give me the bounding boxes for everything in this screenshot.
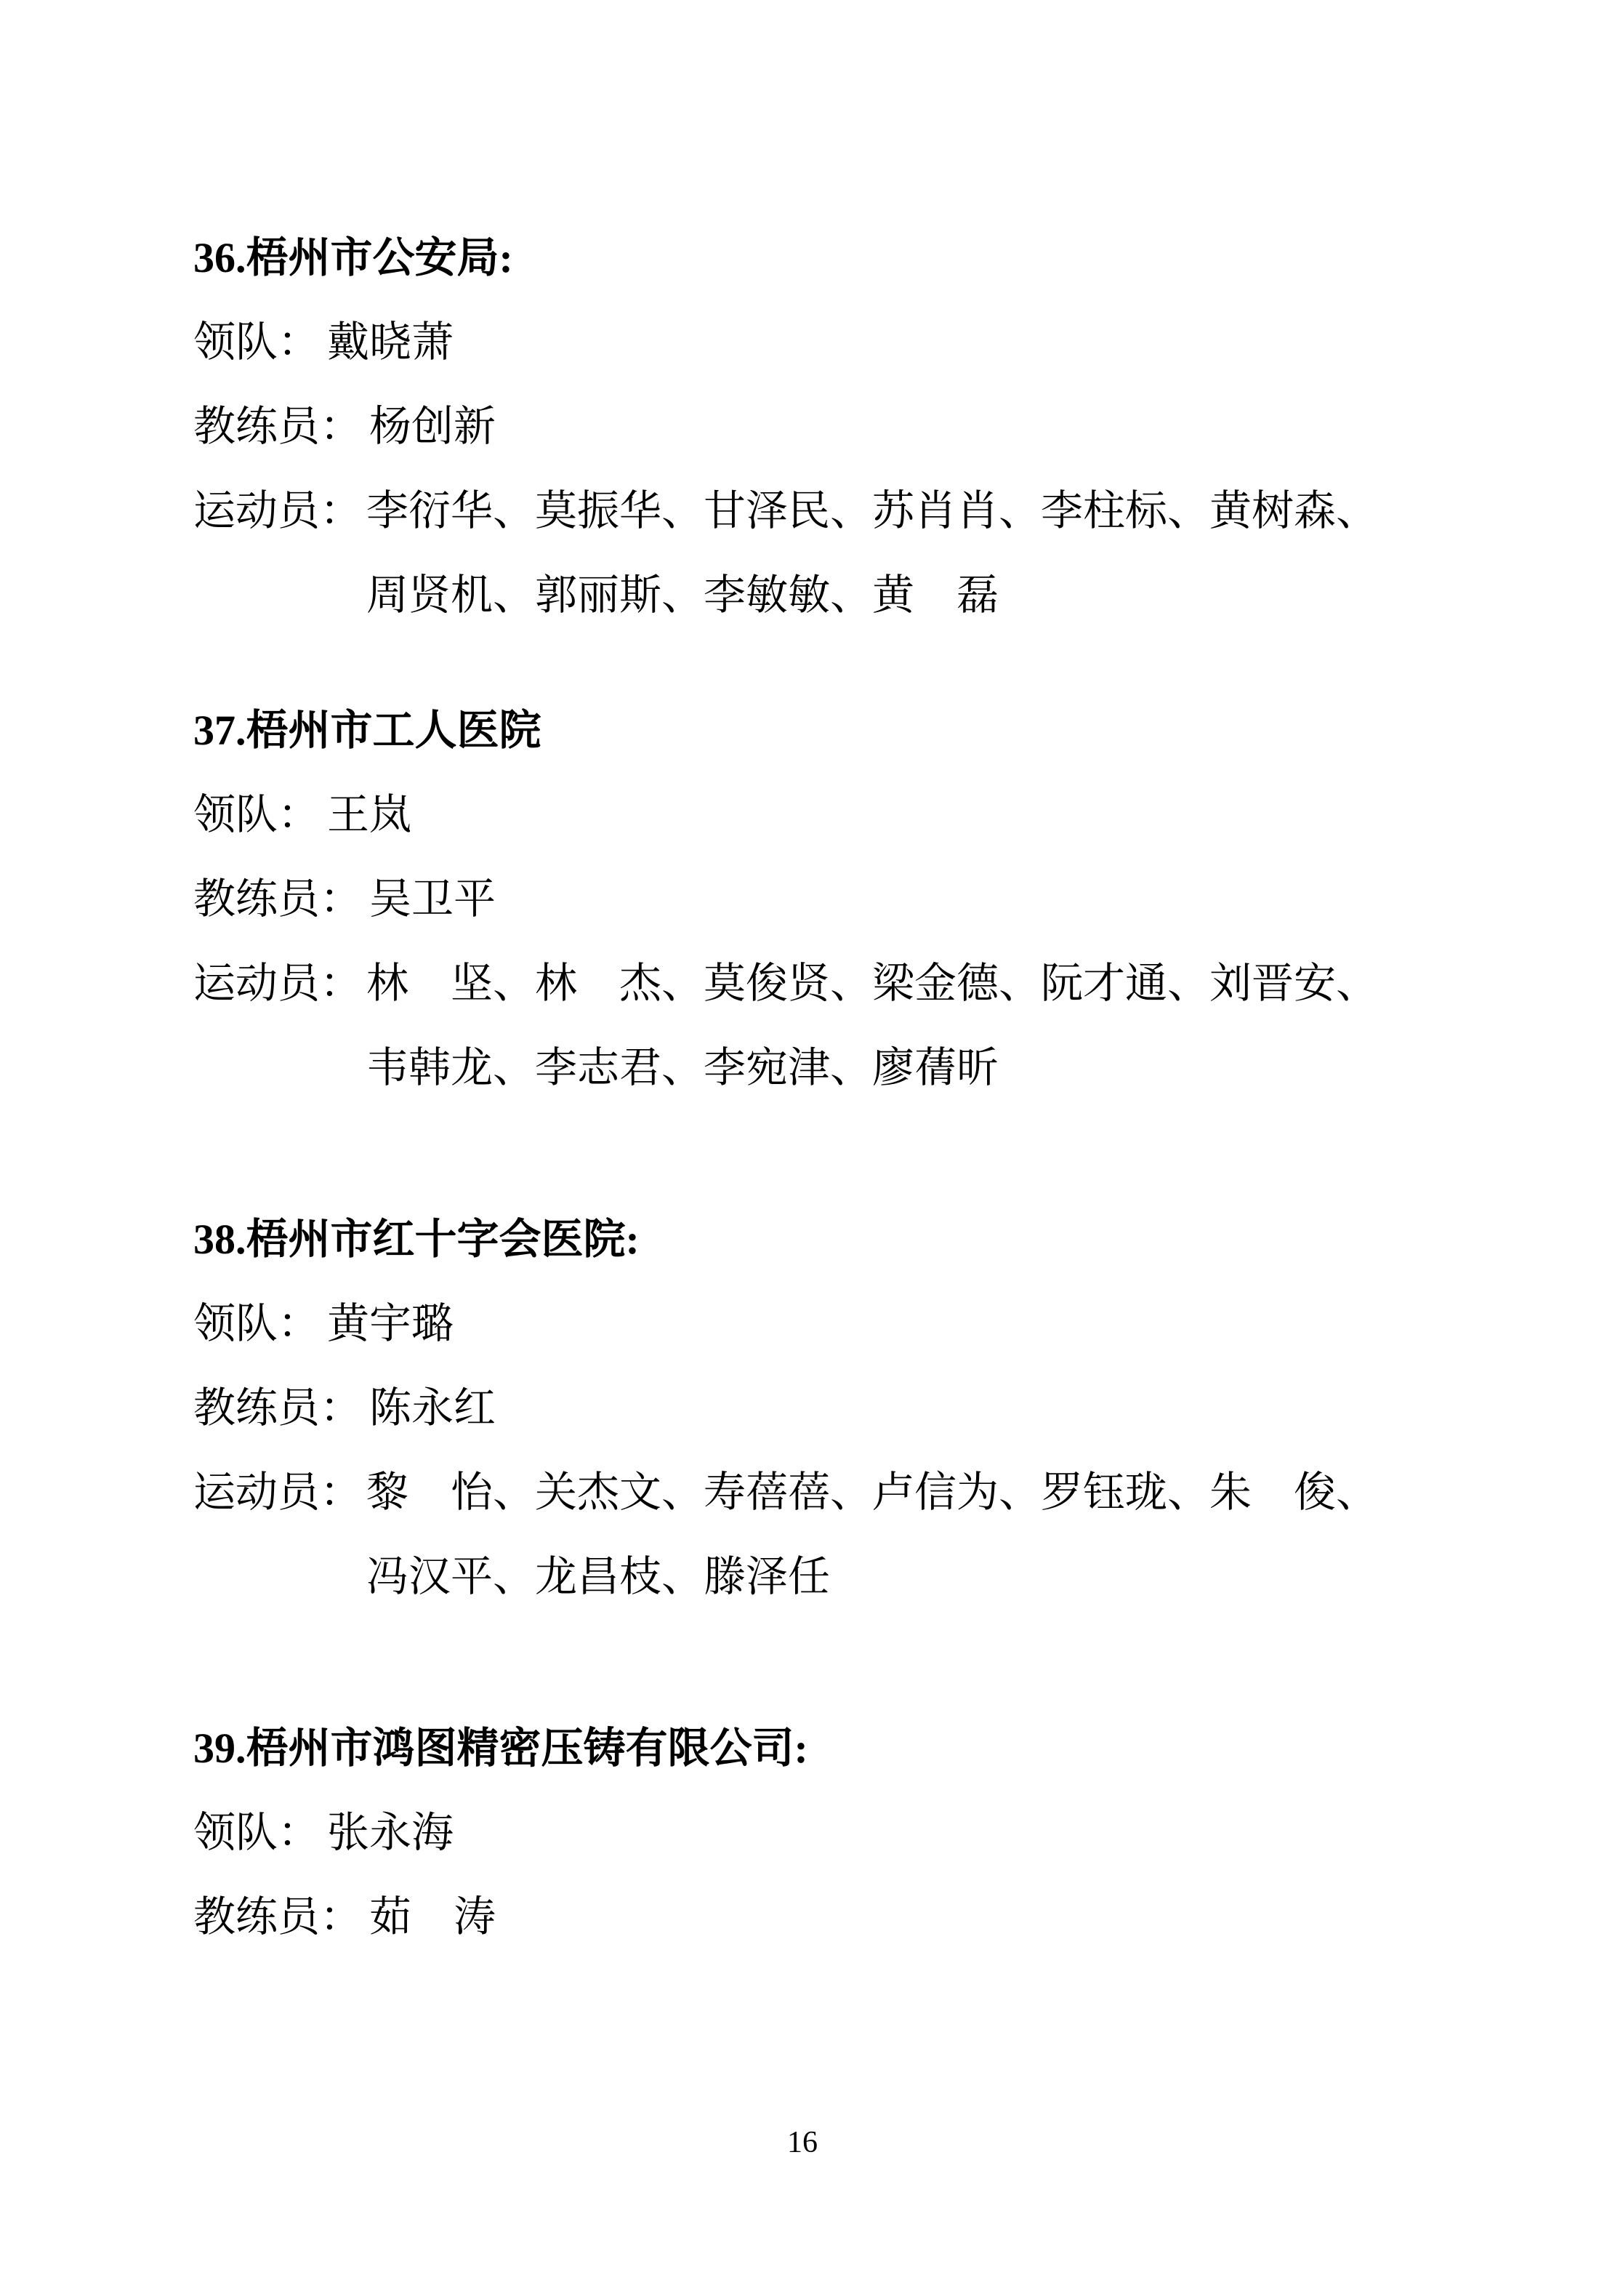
- athletes-line-1: 林 坚、林 杰、莫俊贤、梁金德、阮才通、刘晋安、: [366, 942, 1414, 1026]
- athletes-line-2: 韦韩龙、李志君、李宛津、廖蒨昕: [366, 1026, 1414, 1110]
- leader-name: 戴晓萧: [327, 318, 454, 366]
- section-37-coach-line: 教练员：吴卫平: [193, 857, 1414, 942]
- section-36-heading: 36.梧州市公安局:: [193, 216, 1414, 300]
- athletes-label: 运动员：: [193, 942, 366, 1026]
- section-38-leader-line: 领队：黄宇璐: [193, 1282, 1414, 1366]
- coach-name: 茹 涛: [369, 1893, 496, 1940]
- coach-name: 杨创新: [369, 403, 496, 450]
- athletes-line-1: 黎 怡、关杰文、寿蓓蓓、卢信为、罗钰珑、朱 俊、: [366, 1450, 1414, 1535]
- athletes-line-2: 周贤机、郭丽斯、李敏敏、黄 磊: [366, 553, 1414, 638]
- leader-label: 领队：: [193, 318, 320, 366]
- coach-label: 教练员：: [193, 875, 362, 923]
- section-36-coach-line: 教练员：杨创新: [193, 385, 1414, 469]
- section-38-heading: 38.梧州市红十字会医院:: [193, 1197, 1414, 1282]
- document-body: 36.梧州市公安局: 领队：戴晓萧 教练员：杨创新 运动员： 李衍华、莫振华、甘…: [193, 216, 1414, 1959]
- section-37-heading: 37.梧州市工人医院: [193, 689, 1414, 773]
- section-38: 38.梧州市红十字会医院: 领队：黄宇璐 教练员：陈永红 运动员： 黎 怡、关杰…: [193, 1197, 1414, 1619]
- athletes-names: 李衍华、莫振华、甘泽民、苏肖肖、李柱标、黄树森、 周贤机、郭丽斯、李敏敏、黄 磊: [366, 469, 1414, 638]
- leader-label: 领队：: [193, 1809, 320, 1856]
- coach-name: 陈永红: [369, 1384, 496, 1432]
- section-38-coach-line: 教练员：陈永红: [193, 1366, 1414, 1450]
- section-37-athletes: 运动员： 林 坚、林 杰、莫俊贤、梁金德、阮才通、刘晋安、 韦韩龙、李志君、李宛…: [193, 942, 1414, 1110]
- coach-name: 吴卫平: [369, 875, 496, 923]
- athletes-label: 运动员：: [193, 1450, 366, 1535]
- leader-name: 黄宇璐: [327, 1300, 454, 1347]
- section-39-leader-line: 领队：张永海: [193, 1791, 1414, 1875]
- page-number: 16: [787, 2124, 818, 2161]
- coach-label: 教练员：: [193, 1893, 362, 1940]
- athletes-label: 运动员：: [193, 469, 366, 553]
- section-37: 37.梧州市工人医院 领队：王岚 教练员：吴卫平 运动员： 林 坚、林 杰、莫俊…: [193, 689, 1414, 1110]
- section-36: 36.梧州市公安局: 领队：戴晓萧 教练员：杨创新 运动员： 李衍华、莫振华、甘…: [193, 216, 1414, 638]
- leader-label: 领队：: [193, 791, 320, 838]
- leader-label: 领队：: [193, 1300, 320, 1347]
- section-39-heading: 39.梧州市鸿图精密压铸有限公司:: [193, 1706, 1414, 1791]
- coach-label: 教练员：: [193, 403, 362, 450]
- athletes-names: 林 坚、林 杰、莫俊贤、梁金德、阮才通、刘晋安、 韦韩龙、李志君、李宛津、廖蒨昕: [366, 942, 1414, 1110]
- document-page: 36.梧州市公安局: 领队：戴晓萧 教练员：杨创新 运动员： 李衍华、莫振华、甘…: [0, 0, 1623, 2296]
- athletes-line-1: 李衍华、莫振华、甘泽民、苏肖肖、李柱标、黄树森、: [366, 469, 1414, 553]
- section-36-athletes: 运动员： 李衍华、莫振华、甘泽民、苏肖肖、李柱标、黄树森、 周贤机、郭丽斯、李敏…: [193, 469, 1414, 638]
- section-37-leader-line: 领队：王岚: [193, 773, 1414, 857]
- section-36-leader-line: 领队：戴晓萧: [193, 300, 1414, 385]
- section-39-coach-line: 教练员：茹 涛: [193, 1875, 1414, 1959]
- leader-name: 张永海: [327, 1809, 454, 1856]
- coach-label: 教练员：: [193, 1384, 362, 1432]
- section-38-athletes: 运动员： 黎 怡、关杰文、寿蓓蓓、卢信为、罗钰珑、朱 俊、 冯汉平、龙昌枝、滕泽…: [193, 1450, 1414, 1619]
- section-39: 39.梧州市鸿图精密压铸有限公司: 领队：张永海 教练员：茹 涛: [193, 1706, 1414, 1959]
- athletes-names: 黎 怡、关杰文、寿蓓蓓、卢信为、罗钰珑、朱 俊、 冯汉平、龙昌枝、滕泽任: [366, 1450, 1414, 1619]
- leader-name: 王岚: [327, 791, 411, 838]
- athletes-line-2: 冯汉平、龙昌枝、滕泽任: [366, 1535, 1414, 1619]
